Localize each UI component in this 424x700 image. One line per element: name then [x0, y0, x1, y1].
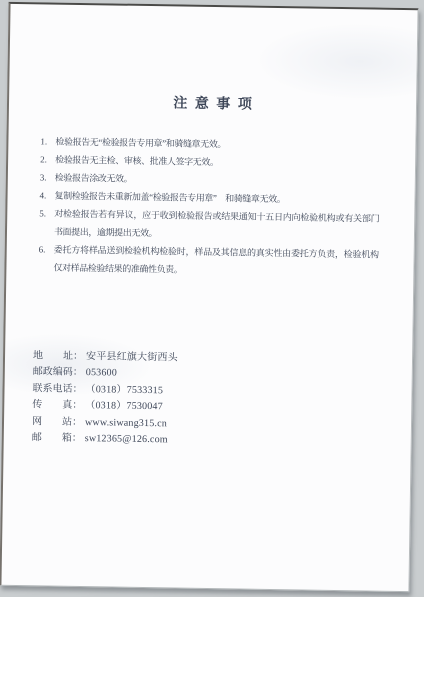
notice-number: 3.	[40, 168, 55, 186]
document-page: 注 意 事 项 1. 检验报告无“检验报告专用章”和骑缝章无效。 2. 检验报告…	[0, 2, 419, 592]
notice-text: 对检验报告若有异议，应于收到检验报告或结果通知十五日内向检验机构或有关部门书面提…	[54, 205, 380, 246]
contact-colon: ：	[72, 398, 82, 415]
notice-number: 2.	[40, 150, 55, 168]
contact-block: 地址 ： 安平县红旗大街西头 邮政编码 ： 053600 联系电话 ： （031…	[32, 348, 178, 449]
contact-colon: ：	[72, 382, 82, 399]
notice-number: 1.	[40, 132, 55, 150]
contact-value: 安平县红旗大街西头	[86, 349, 178, 367]
contact-label: 邮政编码	[33, 365, 73, 382]
contact-colon: ：	[73, 349, 83, 366]
contact-line: 邮箱 ： sw12365@126.com	[32, 430, 177, 449]
contact-label: 网站	[32, 414, 72, 431]
contact-label: 地址	[33, 348, 73, 365]
contact-value: www.siwang315.cn	[85, 415, 167, 433]
notice-number: 5.	[39, 204, 55, 240]
page-title: 注 意 事 项	[9, 90, 416, 116]
contact-value: sw12365@126.com	[85, 431, 168, 449]
contact-label: 联系电话	[32, 381, 72, 398]
notice-text: 委托方将样品送到检验机构检验时，样品及其信息的真实性由委托方负责，检验机构仅对样…	[53, 241, 379, 282]
notice-item: 6. 委托方将样品送到检验机构检验时，样品及其信息的真实性由委托方负责，检验机构…	[38, 240, 379, 281]
contact-label: 传真	[32, 397, 72, 414]
contact-value: 053600	[86, 365, 117, 382]
notice-number: 4.	[39, 186, 54, 204]
notice-item: 5. 对检验报告若有异议，应于收到检验报告或结果通知十五日内向检验机构或有关部门…	[39, 204, 380, 245]
scanner-background: 注 意 事 项 1. 检验报告无“检验报告专用章”和骑缝章无效。 2. 检验报告…	[0, 0, 424, 597]
contact-label: 邮箱	[32, 430, 72, 447]
contact-colon: ：	[72, 431, 82, 448]
contact-colon: ：	[73, 365, 83, 382]
contact-colon: ：	[72, 414, 82, 431]
notice-list: 1. 检验报告无“检验报告专用章”和骑缝章无效。 2. 检验报告无主检、审核、批…	[38, 132, 380, 281]
notice-number: 6.	[38, 240, 54, 276]
contact-value: （0318）7533315	[85, 382, 163, 400]
contact-value: （0318）7530047	[85, 398, 163, 416]
